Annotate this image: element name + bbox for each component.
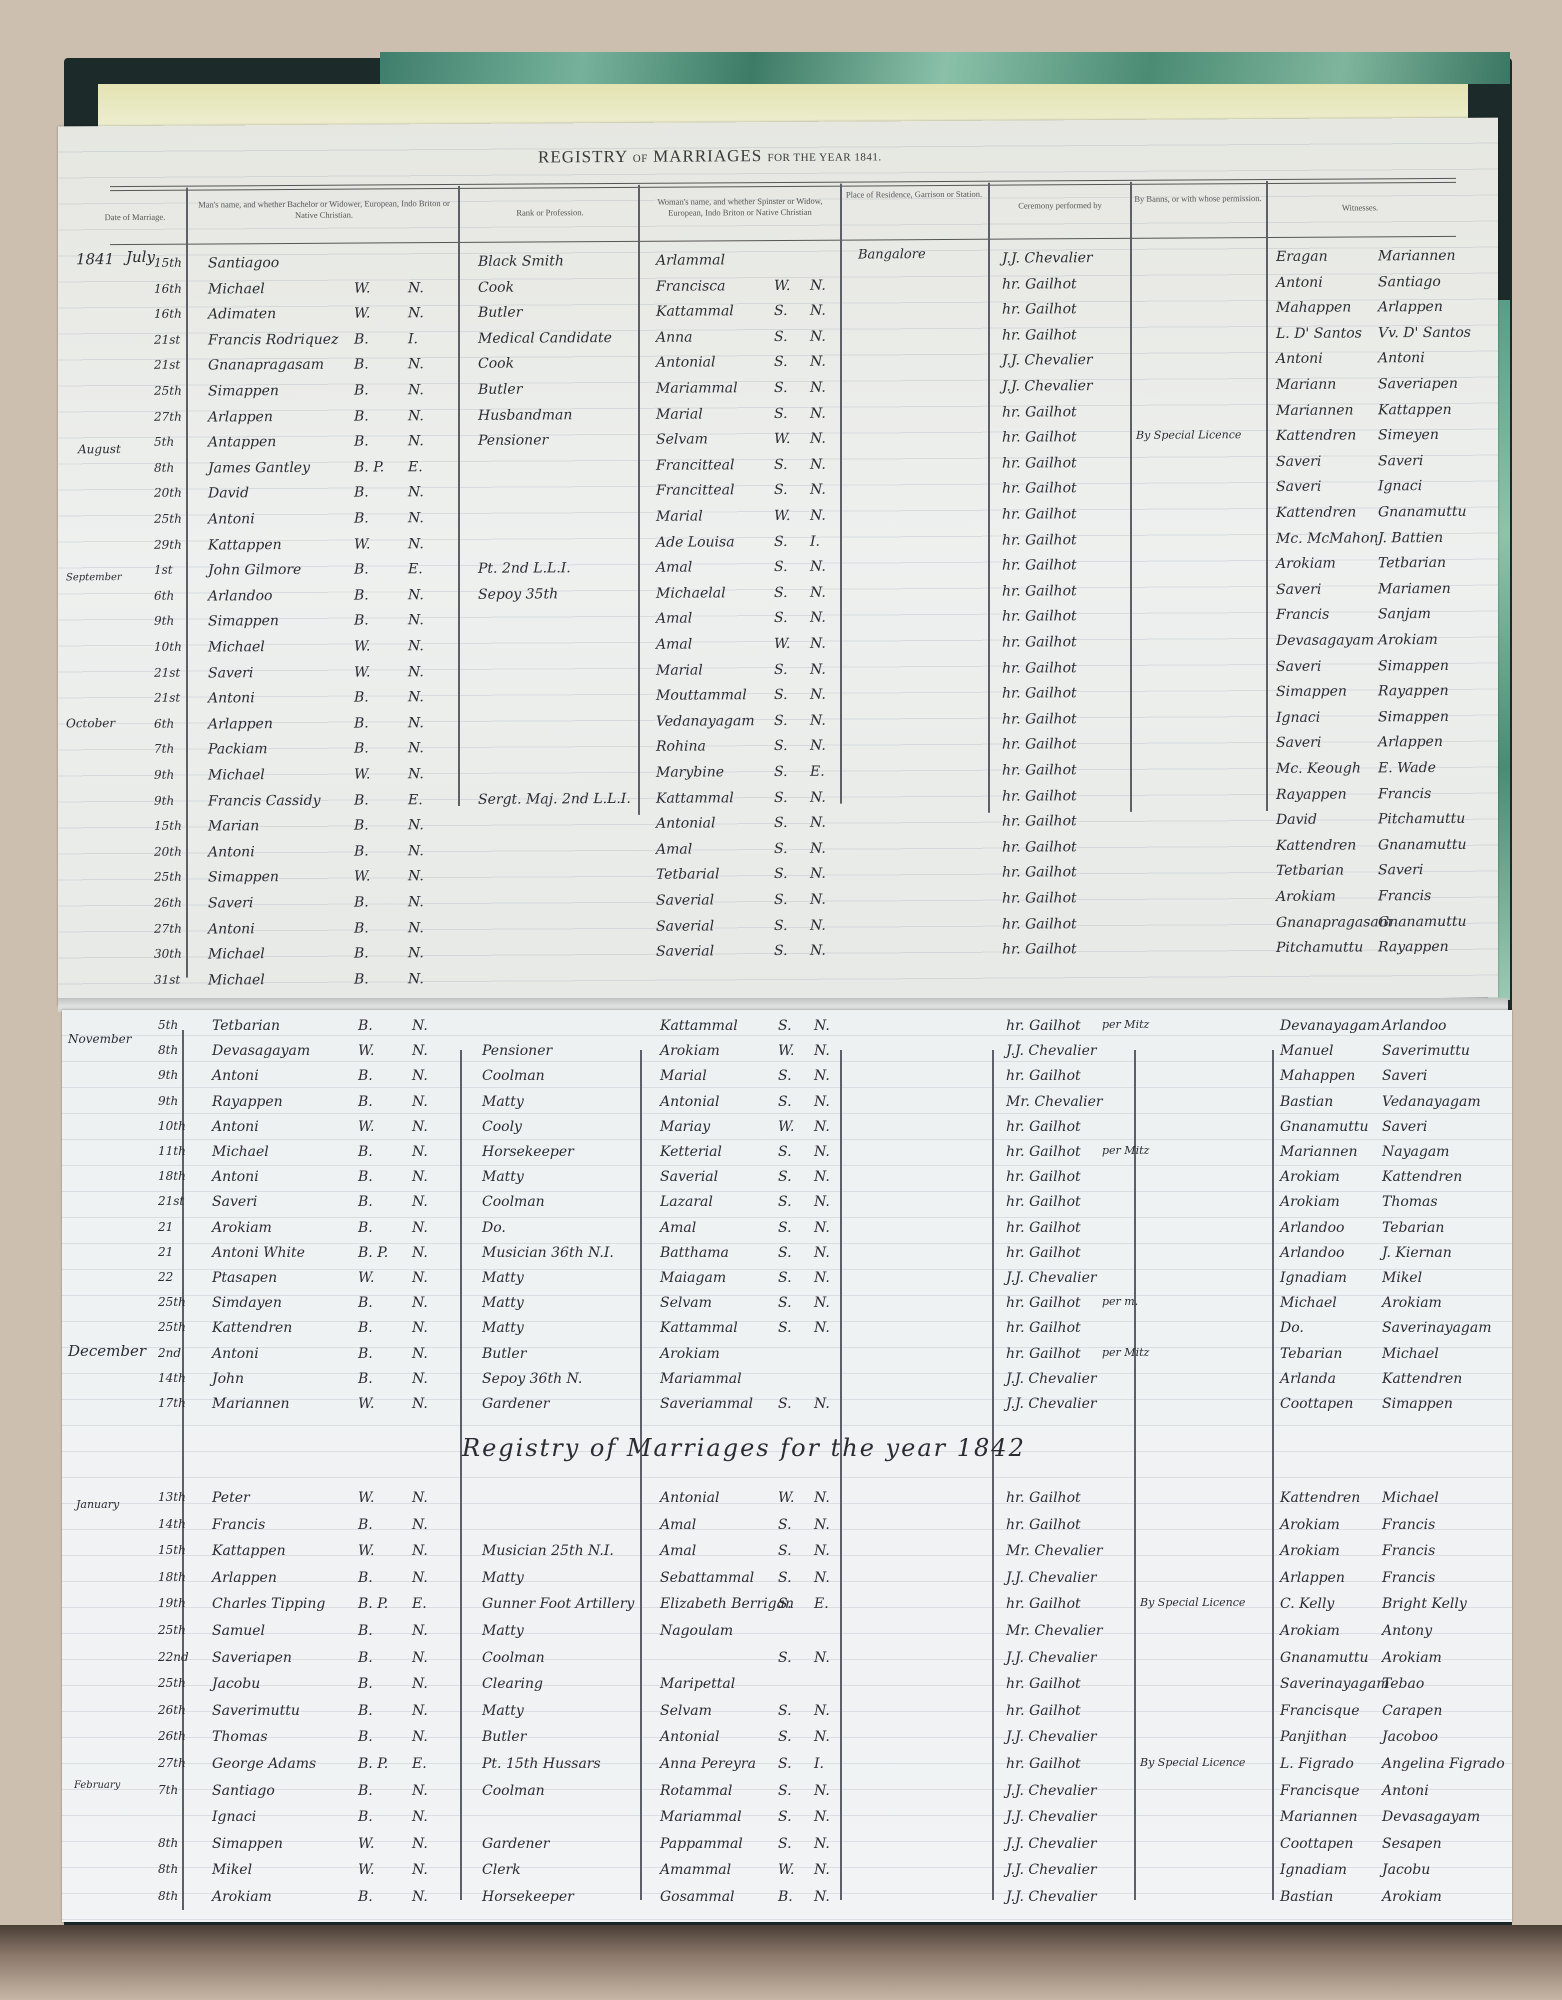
table-row: 25thSimdayenB.N.MattySelvamS.N.hr. Gailh… bbox=[62, 1295, 1512, 1321]
woman-nation-cell: N. bbox=[814, 1144, 830, 1160]
woman-name-cell: Maiagam bbox=[660, 1270, 726, 1286]
man-status-cell: B. bbox=[354, 818, 369, 834]
ceremony-cell: hr. Gailhot bbox=[1006, 1596, 1081, 1612]
woman-status-cell: S. bbox=[774, 764, 788, 780]
man-nation-cell: N. bbox=[412, 1650, 428, 1666]
witness-2-cell: Gnanamuttu bbox=[1378, 837, 1466, 854]
woman-status-cell: S. bbox=[774, 610, 788, 626]
date-cell: 25th bbox=[154, 870, 182, 884]
woman-name-cell: Rotammal bbox=[660, 1783, 732, 1799]
witness-2-cell: Saveri bbox=[1378, 453, 1423, 469]
man-name-cell: Michael bbox=[212, 1144, 269, 1160]
woman-nation-cell: N. bbox=[814, 1862, 830, 1878]
woman-name-cell: Batthama bbox=[660, 1245, 729, 1261]
woman-nation-cell: N. bbox=[810, 687, 826, 703]
witness-2-cell: Antoni bbox=[1378, 350, 1425, 366]
man-nation-cell: N. bbox=[408, 894, 424, 910]
man-name-cell: Santiagoo bbox=[208, 255, 279, 271]
table-row: 8thDevasagayamW.N.PensionerArokiamW.N.J.… bbox=[62, 1043, 1512, 1069]
woman-name-cell: Kattammal bbox=[656, 790, 734, 806]
man-status-cell: B. bbox=[354, 843, 369, 859]
woman-nation-cell: N. bbox=[814, 1270, 830, 1286]
year-1842-heading: Registry of Marriages for the year 1842 bbox=[462, 1434, 1026, 1462]
woman-name-cell: Vedanayagam bbox=[656, 713, 755, 730]
ceremony-cell: hr. Gailhot bbox=[1006, 1144, 1081, 1160]
man-status-cell: W. bbox=[354, 280, 370, 296]
man-name-cell: Marian bbox=[208, 818, 259, 834]
man-name-cell: Peter bbox=[212, 1490, 250, 1506]
man-nation-cell: N. bbox=[412, 1676, 428, 1692]
woman-status-cell: S. bbox=[774, 457, 788, 473]
witness-2-cell: Pitchamuttu bbox=[1378, 811, 1465, 828]
woman-name-cell: Selvam bbox=[660, 1703, 712, 1719]
witness-1-cell: Arokiam bbox=[1280, 1194, 1340, 1210]
witness-2-cell: Bright Kelly bbox=[1382, 1596, 1467, 1612]
man-nation-cell: N. bbox=[408, 766, 424, 782]
witness-1-cell: Mariannen bbox=[1280, 1809, 1358, 1825]
man-status-cell: B. bbox=[354, 690, 369, 706]
woman-name-cell: Saverial bbox=[656, 944, 714, 960]
man-status-cell: B. bbox=[358, 1703, 373, 1719]
woman-nation-cell: N. bbox=[814, 1809, 830, 1825]
witness-2-cell: J. Kiernan bbox=[1382, 1245, 1452, 1261]
man-nation-cell: N. bbox=[408, 613, 424, 629]
col-header-date: Date of Marriage. bbox=[92, 212, 178, 224]
man-name-cell: Arokiam bbox=[212, 1889, 272, 1905]
rank-cell: Coolman bbox=[482, 1650, 545, 1666]
ceremony-note-cell: per Mitz bbox=[1102, 1346, 1149, 1359]
witness-2-cell: Francis bbox=[1378, 786, 1431, 802]
man-nation-cell: N. bbox=[408, 433, 424, 449]
man-nation-cell: N. bbox=[412, 1094, 428, 1110]
rank-cell: Gardener bbox=[482, 1396, 549, 1412]
ceremony-cell: hr. Gailhot bbox=[1002, 481, 1077, 497]
witness-1-cell: Gnanapragasam bbox=[1276, 914, 1392, 931]
man-status-cell: W. bbox=[354, 638, 370, 654]
woman-status-cell: S. bbox=[774, 841, 788, 857]
man-nation-cell: I. bbox=[408, 331, 418, 347]
date-cell: 5th bbox=[154, 435, 174, 449]
rank-cell: Pensioner bbox=[482, 1043, 552, 1059]
man-name-cell: Simdayen bbox=[212, 1295, 282, 1311]
rank-cell: Butler bbox=[482, 1346, 526, 1362]
man-status-cell: B. bbox=[354, 613, 369, 629]
witness-2-cell: Michael bbox=[1382, 1346, 1439, 1362]
rank-cell: Coolman bbox=[482, 1068, 545, 1084]
ceremony-cell: J.J. Chevalier bbox=[1006, 1729, 1097, 1745]
witness-1-cell: Arlappen bbox=[1280, 1570, 1345, 1586]
woman-status-cell: S. bbox=[774, 918, 788, 934]
woman-status-cell: S. bbox=[778, 1094, 792, 1110]
man-name-cell: Francis bbox=[212, 1517, 265, 1533]
table-row: 25thKattendrenB.N.MattyKattammalS.N.hr. … bbox=[62, 1320, 1512, 1346]
witness-2-cell: J. Battien bbox=[1378, 530, 1443, 546]
witness-2-cell: Michael bbox=[1382, 1490, 1439, 1506]
man-name-cell: Simappen bbox=[208, 869, 279, 885]
witness-1-cell: Kattendren bbox=[1276, 504, 1356, 520]
woman-status-cell: S. bbox=[778, 1169, 792, 1185]
rank-cell: Matty bbox=[482, 1703, 524, 1719]
witness-1-cell: Do. bbox=[1280, 1320, 1304, 1336]
date-cell: 27th bbox=[154, 409, 182, 423]
woman-nation-cell: N. bbox=[810, 508, 826, 524]
woman-name-cell: Amal bbox=[656, 637, 692, 653]
witness-2-cell: Arokiam bbox=[1378, 632, 1438, 648]
man-nation-cell: N. bbox=[408, 382, 424, 398]
ceremony-cell: J.J. Chevalier bbox=[1006, 1809, 1097, 1825]
woman-nation-cell: N. bbox=[810, 636, 826, 652]
woman-nation-cell: N. bbox=[814, 1295, 830, 1311]
woman-status-cell: W. bbox=[778, 1862, 794, 1878]
man-status-cell: B. bbox=[358, 1650, 373, 1666]
witness-2-cell: Arlappen bbox=[1378, 734, 1443, 750]
man-nation-cell: N. bbox=[408, 536, 424, 552]
man-status-cell: B. bbox=[354, 971, 369, 987]
woman-name-cell: Lazaral bbox=[660, 1194, 713, 1210]
witness-1-cell: Rayappen bbox=[1276, 786, 1347, 802]
table-row: 21ArokiamB.N.Do.AmalS.N.hr. GailhotArlan… bbox=[62, 1220, 1512, 1246]
witness-2-cell: Saveri bbox=[1378, 862, 1423, 878]
woman-name-cell: Kattammal bbox=[656, 303, 734, 319]
rank-cell: Sergt. Maj. 2nd L.L.I. bbox=[478, 790, 631, 807]
woman-name-cell: Mariammal bbox=[660, 1809, 742, 1825]
date-cell: 27th bbox=[158, 1756, 186, 1770]
man-name-cell: Arlappen bbox=[212, 1570, 277, 1586]
title-year: FOR THE YEAR 1841. bbox=[767, 151, 881, 164]
man-status-cell: B. bbox=[358, 1729, 373, 1745]
woman-name-cell: Saveriammal bbox=[660, 1396, 753, 1412]
woman-name-cell: Anna Pereyra bbox=[660, 1756, 756, 1772]
man-status-cell: B. bbox=[354, 331, 369, 347]
title-registry: REGISTRY bbox=[538, 147, 628, 167]
man-name-cell: Saveri bbox=[212, 1194, 257, 1210]
title-marriages: MARRIAGES bbox=[653, 146, 762, 166]
man-status-cell: B. bbox=[354, 946, 369, 962]
man-nation-cell: N. bbox=[412, 1570, 428, 1586]
ceremony-cell: hr. Gailhot bbox=[1006, 1703, 1081, 1719]
woman-status-cell: S. bbox=[778, 1144, 792, 1160]
table-row: 21Antoni WhiteB. P.N.Musician 36th N.I.B… bbox=[62, 1245, 1512, 1271]
witness-1-cell: Devasagayam bbox=[1276, 632, 1374, 649]
man-nation-cell: N. bbox=[412, 1144, 428, 1160]
man-nation-cell: N. bbox=[412, 1220, 428, 1236]
man-nation-cell: N. bbox=[412, 1517, 428, 1533]
woman-status-cell: S. bbox=[774, 790, 788, 806]
table-row: 7thSantiagoB.N.CoolmanRotammalS.N.J.J. C… bbox=[62, 1783, 1512, 1809]
witness-1-cell: Tetbarian bbox=[1276, 863, 1344, 879]
witness-2-cell: Jacobu bbox=[1382, 1862, 1430, 1878]
ceremony-cell: J.J. Chevalier bbox=[1006, 1783, 1097, 1799]
man-name-cell: Simappen bbox=[208, 613, 279, 629]
woman-status-cell: S. bbox=[778, 1018, 792, 1034]
man-name-cell: Devasagayam bbox=[212, 1043, 310, 1059]
woman-nation-cell: N. bbox=[814, 1543, 830, 1559]
date-cell: 21st bbox=[154, 665, 180, 679]
ceremony-cell: Mr. Chevalier bbox=[1006, 1543, 1103, 1559]
man-status-cell: B. bbox=[354, 434, 369, 450]
table-row: 21stSaveriB.N.CoolmanLazaralS.N.hr. Gail… bbox=[62, 1194, 1512, 1220]
witness-1-cell: Antoni bbox=[1276, 274, 1323, 290]
rank-cell: Sepoy 36th N. bbox=[482, 1371, 582, 1387]
rank-cell: Coolman bbox=[482, 1783, 545, 1799]
man-nation-cell: N. bbox=[412, 1119, 428, 1135]
man-nation-cell: N. bbox=[408, 664, 424, 680]
man-nation-cell: N. bbox=[408, 945, 424, 961]
witness-1-cell: C. Kelly bbox=[1280, 1596, 1334, 1612]
man-name-cell: Arlappen bbox=[208, 409, 273, 425]
man-name-cell: Ignaci bbox=[212, 1809, 256, 1825]
man-status-cell: B. bbox=[354, 792, 369, 808]
man-name-cell: Kattappen bbox=[212, 1543, 286, 1559]
witness-2-cell: Mariamen bbox=[1378, 581, 1451, 597]
man-nation-cell: N. bbox=[408, 920, 424, 936]
witness-1-cell: Mc. McMahon bbox=[1276, 530, 1378, 547]
man-nation-cell: N. bbox=[412, 1783, 428, 1799]
woman-name-cell: Tetbarial bbox=[656, 867, 719, 883]
man-status-cell: B. bbox=[358, 1809, 373, 1825]
woman-name-cell: Antonial bbox=[660, 1729, 720, 1745]
witness-2-cell: Vedanayagam bbox=[1382, 1094, 1481, 1110]
rank-cell: Matty bbox=[482, 1295, 524, 1311]
rank-cell: Husbandman bbox=[478, 407, 572, 424]
man-nation-cell: N. bbox=[412, 1836, 428, 1852]
rank-cell: Butler bbox=[482, 1729, 526, 1745]
ceremony-cell: hr. Gailhot bbox=[1002, 865, 1077, 881]
date-cell: 7th bbox=[154, 742, 174, 756]
witness-1-cell: Devanayagam bbox=[1280, 1018, 1380, 1034]
witness-1-cell: Ignadiam bbox=[1280, 1270, 1347, 1286]
ceremony-cell: hr. Gailhot bbox=[1002, 429, 1077, 445]
woman-status-cell: S. bbox=[778, 1194, 792, 1210]
ceremony-note-cell: per Mitz bbox=[1102, 1018, 1149, 1031]
man-status-cell: W. bbox=[354, 536, 370, 552]
woman-name-cell: Francisca bbox=[656, 278, 725, 294]
table-row: 14thJohnB.N.Sepoy 36th N.MariammalJ.J. C… bbox=[62, 1371, 1512, 1397]
date-cell: 21st bbox=[154, 691, 180, 705]
witness-1-cell: Kattendren bbox=[1276, 837, 1356, 853]
man-nation-cell: N. bbox=[412, 1809, 428, 1825]
woman-status-cell: S. bbox=[774, 380, 788, 396]
ceremony-cell: hr. Gailhot bbox=[1002, 660, 1077, 676]
table-row: 13thPeterW.N.AntonialW.N.hr. GailhotKatt… bbox=[62, 1490, 1512, 1516]
witness-2-cell: Kattendren bbox=[1382, 1371, 1462, 1387]
woman-status-cell: S. bbox=[778, 1729, 792, 1745]
witness-2-cell: Nayagam bbox=[1382, 1144, 1449, 1160]
man-status-cell: B. P. bbox=[358, 1245, 388, 1261]
ceremony-cell: hr. Gailhot bbox=[1006, 1169, 1081, 1185]
man-status-cell: B. bbox=[358, 1169, 373, 1185]
man-name-cell: John Gilmore bbox=[208, 562, 301, 579]
witness-2-cell: Gnanamuttu bbox=[1378, 913, 1466, 930]
rank-cell: Medical Candidate bbox=[478, 330, 612, 347]
ceremony-cell: hr. Gailhot bbox=[1002, 276, 1077, 292]
date-cell: 8th bbox=[154, 460, 174, 474]
woman-name-cell: Francitteal bbox=[656, 457, 734, 473]
date-cell: 6th bbox=[154, 588, 174, 602]
ceremony-cell: J.J. Chevalier bbox=[1006, 1570, 1097, 1586]
man-status-cell: B. bbox=[354, 562, 369, 578]
witness-2-cell: Saveriapen bbox=[1378, 376, 1458, 392]
man-nation-cell: N. bbox=[412, 1862, 428, 1878]
witness-1-cell: Saverinayagam bbox=[1280, 1676, 1390, 1692]
woman-status-cell: S. bbox=[774, 303, 788, 319]
witness-2-cell: Angelina Figrado bbox=[1382, 1756, 1505, 1772]
man-status-cell: B. bbox=[354, 485, 369, 501]
rank-cell: Musician 36th N.I. bbox=[482, 1245, 614, 1261]
ceremony-note-cell: per m. bbox=[1102, 1295, 1138, 1308]
ceremony-cell: hr. Gailhot bbox=[1002, 455, 1077, 471]
rank-cell: Matty bbox=[482, 1623, 524, 1639]
witness-1-cell: Ignaci bbox=[1276, 709, 1320, 725]
man-status-cell: W. bbox=[358, 1270, 374, 1286]
witness-1-cell: David bbox=[1276, 812, 1317, 828]
woman-status-cell: S. bbox=[778, 1756, 792, 1772]
rank-cell: Coolman bbox=[482, 1194, 545, 1210]
rank-cell: Cook bbox=[478, 356, 514, 372]
woman-nation-cell: N. bbox=[814, 1094, 830, 1110]
man-status-cell: W. bbox=[358, 1490, 374, 1506]
woman-nation-cell: N. bbox=[814, 1018, 830, 1034]
man-status-cell: B. bbox=[358, 1295, 373, 1311]
man-name-cell: Packiam bbox=[208, 742, 268, 758]
man-status-cell: B. bbox=[358, 1194, 373, 1210]
woman-nation-cell: N. bbox=[810, 789, 826, 805]
woman-name-cell: Amammal bbox=[660, 1862, 731, 1878]
woman-nation-cell: N. bbox=[810, 277, 826, 293]
man-name-cell: Tetbarian bbox=[212, 1018, 280, 1034]
woman-name-cell: Ade Louisa bbox=[656, 534, 735, 550]
date-cell: 9th bbox=[154, 614, 174, 628]
lower-page: November December January February Regis… bbox=[62, 1010, 1512, 1922]
witness-1-cell: Saveri bbox=[1276, 581, 1321, 597]
man-nation-cell: N. bbox=[408, 689, 424, 705]
woman-status-cell: S. bbox=[774, 892, 788, 908]
date-cell: 1st bbox=[154, 563, 173, 577]
rank-cell: Pt. 2nd L.L.I. bbox=[478, 560, 571, 577]
table-row: 17thMariannenW.N.GardenerSaveriammalS.N.… bbox=[62, 1396, 1512, 1422]
witness-1-cell: Saveri bbox=[1276, 735, 1321, 751]
woman-name-cell: Kattammal bbox=[660, 1018, 738, 1034]
date-cell: 21 bbox=[158, 1245, 173, 1259]
man-nation-cell: N. bbox=[408, 741, 424, 757]
witness-2-cell: Thomas bbox=[1382, 1194, 1438, 1210]
woman-name-cell: Saverial bbox=[656, 892, 714, 908]
woman-nation-cell: N. bbox=[810, 815, 826, 831]
ceremony-cell: hr. Gailhot bbox=[1006, 1676, 1081, 1692]
man-name-cell: Antoni bbox=[212, 1346, 259, 1362]
woman-nation-cell: N. bbox=[810, 738, 826, 754]
table-row: 15thKattappenW.N.Musician 25th N.I.AmalS… bbox=[62, 1543, 1512, 1569]
man-status-cell: B. bbox=[354, 715, 369, 731]
date-cell: 26th bbox=[158, 1729, 186, 1743]
man-nation-cell: N. bbox=[412, 1320, 428, 1336]
witness-2-cell: Devasagayam bbox=[1382, 1809, 1480, 1825]
ceremony-cell: hr. Gailhot bbox=[1006, 1346, 1081, 1362]
woman-nation-cell: N. bbox=[810, 841, 826, 857]
ceremony-cell: hr. Gailhot bbox=[1006, 1018, 1081, 1034]
date-cell: 9th bbox=[154, 793, 174, 807]
woman-name-cell: Amal bbox=[656, 611, 692, 627]
woman-nation-cell: N. bbox=[810, 610, 826, 626]
woman-name-cell: Rohina bbox=[656, 739, 706, 755]
man-name-cell: Michael bbox=[208, 767, 265, 783]
woman-nation-cell: N. bbox=[814, 1220, 830, 1236]
table-row: 14thFrancisB.N.AmalS.N.hr. GailhotArokia… bbox=[62, 1517, 1512, 1543]
witness-2-cell: Sesapen bbox=[1382, 1836, 1442, 1852]
woman-name-cell: Francitteal bbox=[656, 483, 734, 499]
man-nation-cell: N. bbox=[412, 1346, 428, 1362]
witness-1-cell: Michael bbox=[1280, 1295, 1337, 1311]
ceremony-cell: hr. Gailhot bbox=[1006, 1320, 1081, 1336]
woman-status-cell: S. bbox=[774, 943, 788, 959]
woman-nation-cell: N. bbox=[814, 1836, 830, 1852]
man-name-cell: Mariannen bbox=[212, 1396, 290, 1412]
date-cell: 14th bbox=[158, 1517, 186, 1531]
col-header-rank: Rank or Profession. bbox=[460, 207, 640, 219]
ceremony-cell: J.J. Chevalier bbox=[1006, 1043, 1097, 1059]
ceremony-cell: hr. Gailhot bbox=[1002, 634, 1077, 650]
ceremony-cell: hr. Gailhot bbox=[1006, 1068, 1081, 1084]
rank-cell: Do. bbox=[482, 1220, 506, 1236]
witness-1-cell: Mariann bbox=[1276, 377, 1336, 393]
woman-nation-cell: N. bbox=[810, 457, 826, 473]
man-status-cell: B. bbox=[358, 1676, 373, 1692]
woman-status-cell: W. bbox=[774, 508, 790, 524]
ceremony-cell: J.J. Chevalier bbox=[1006, 1650, 1097, 1666]
ceremony-cell: hr. Gailhot bbox=[1002, 506, 1077, 522]
woman-name-cell: Antonial bbox=[660, 1094, 720, 1110]
woman-name-cell: Amal bbox=[660, 1517, 696, 1533]
date-cell: 20th bbox=[154, 844, 182, 858]
witness-1-cell: Arokiam bbox=[1280, 1543, 1340, 1559]
woman-name-cell: Marybine bbox=[656, 764, 724, 780]
witness-1-cell: L. Figrado bbox=[1280, 1756, 1354, 1772]
woman-nation-cell: N. bbox=[810, 713, 826, 729]
witness-2-cell: Mikel bbox=[1382, 1270, 1422, 1286]
man-nation-cell: N. bbox=[408, 485, 424, 501]
witness-1-cell: Kattendren bbox=[1276, 428, 1356, 444]
date-cell: 18th bbox=[158, 1169, 186, 1183]
man-nation-cell: N. bbox=[408, 971, 424, 987]
rank-cell: Clearing bbox=[482, 1676, 543, 1692]
date-cell: 15th bbox=[154, 819, 182, 833]
ceremony-cell: hr. Gailhot bbox=[1002, 609, 1077, 625]
date-cell: 30th bbox=[154, 947, 182, 961]
woman-status-cell: S. bbox=[774, 354, 788, 370]
date-cell: 15th bbox=[154, 256, 182, 270]
upper-page: REGISTRY OF MARRIAGES FOR THE YEAR 1841.… bbox=[58, 118, 1498, 1007]
ceremony-cell: hr. Gailhot bbox=[1002, 685, 1077, 701]
man-name-cell: Jacobu bbox=[212, 1676, 260, 1692]
witness-2-cell: Santiago bbox=[1378, 274, 1441, 290]
witness-2-cell: Francis bbox=[1382, 1517, 1435, 1533]
date-cell: 8th bbox=[158, 1862, 178, 1876]
man-name-cell: Adimaten bbox=[208, 306, 276, 322]
woman-name-cell: Saverial bbox=[660, 1169, 718, 1185]
man-status-cell: W. bbox=[358, 1862, 374, 1878]
rank-cell: Clerk bbox=[482, 1862, 521, 1878]
woman-nation-cell: N. bbox=[810, 380, 826, 396]
table-row: 25thSamuelB.N.MattyNagoulamMr. Chevalier… bbox=[62, 1623, 1512, 1649]
woman-nation-cell: N. bbox=[814, 1119, 830, 1135]
witness-2-cell: Simappen bbox=[1378, 709, 1449, 725]
date-cell: 25th bbox=[158, 1320, 186, 1334]
woman-name-cell: Elizabeth Berrigan bbox=[660, 1596, 794, 1612]
woman-name-cell: Amal bbox=[656, 560, 692, 576]
man-nation-cell: N. bbox=[408, 843, 424, 859]
man-name-cell: Antoni White bbox=[212, 1245, 305, 1261]
date-cell: 25th bbox=[154, 384, 182, 398]
